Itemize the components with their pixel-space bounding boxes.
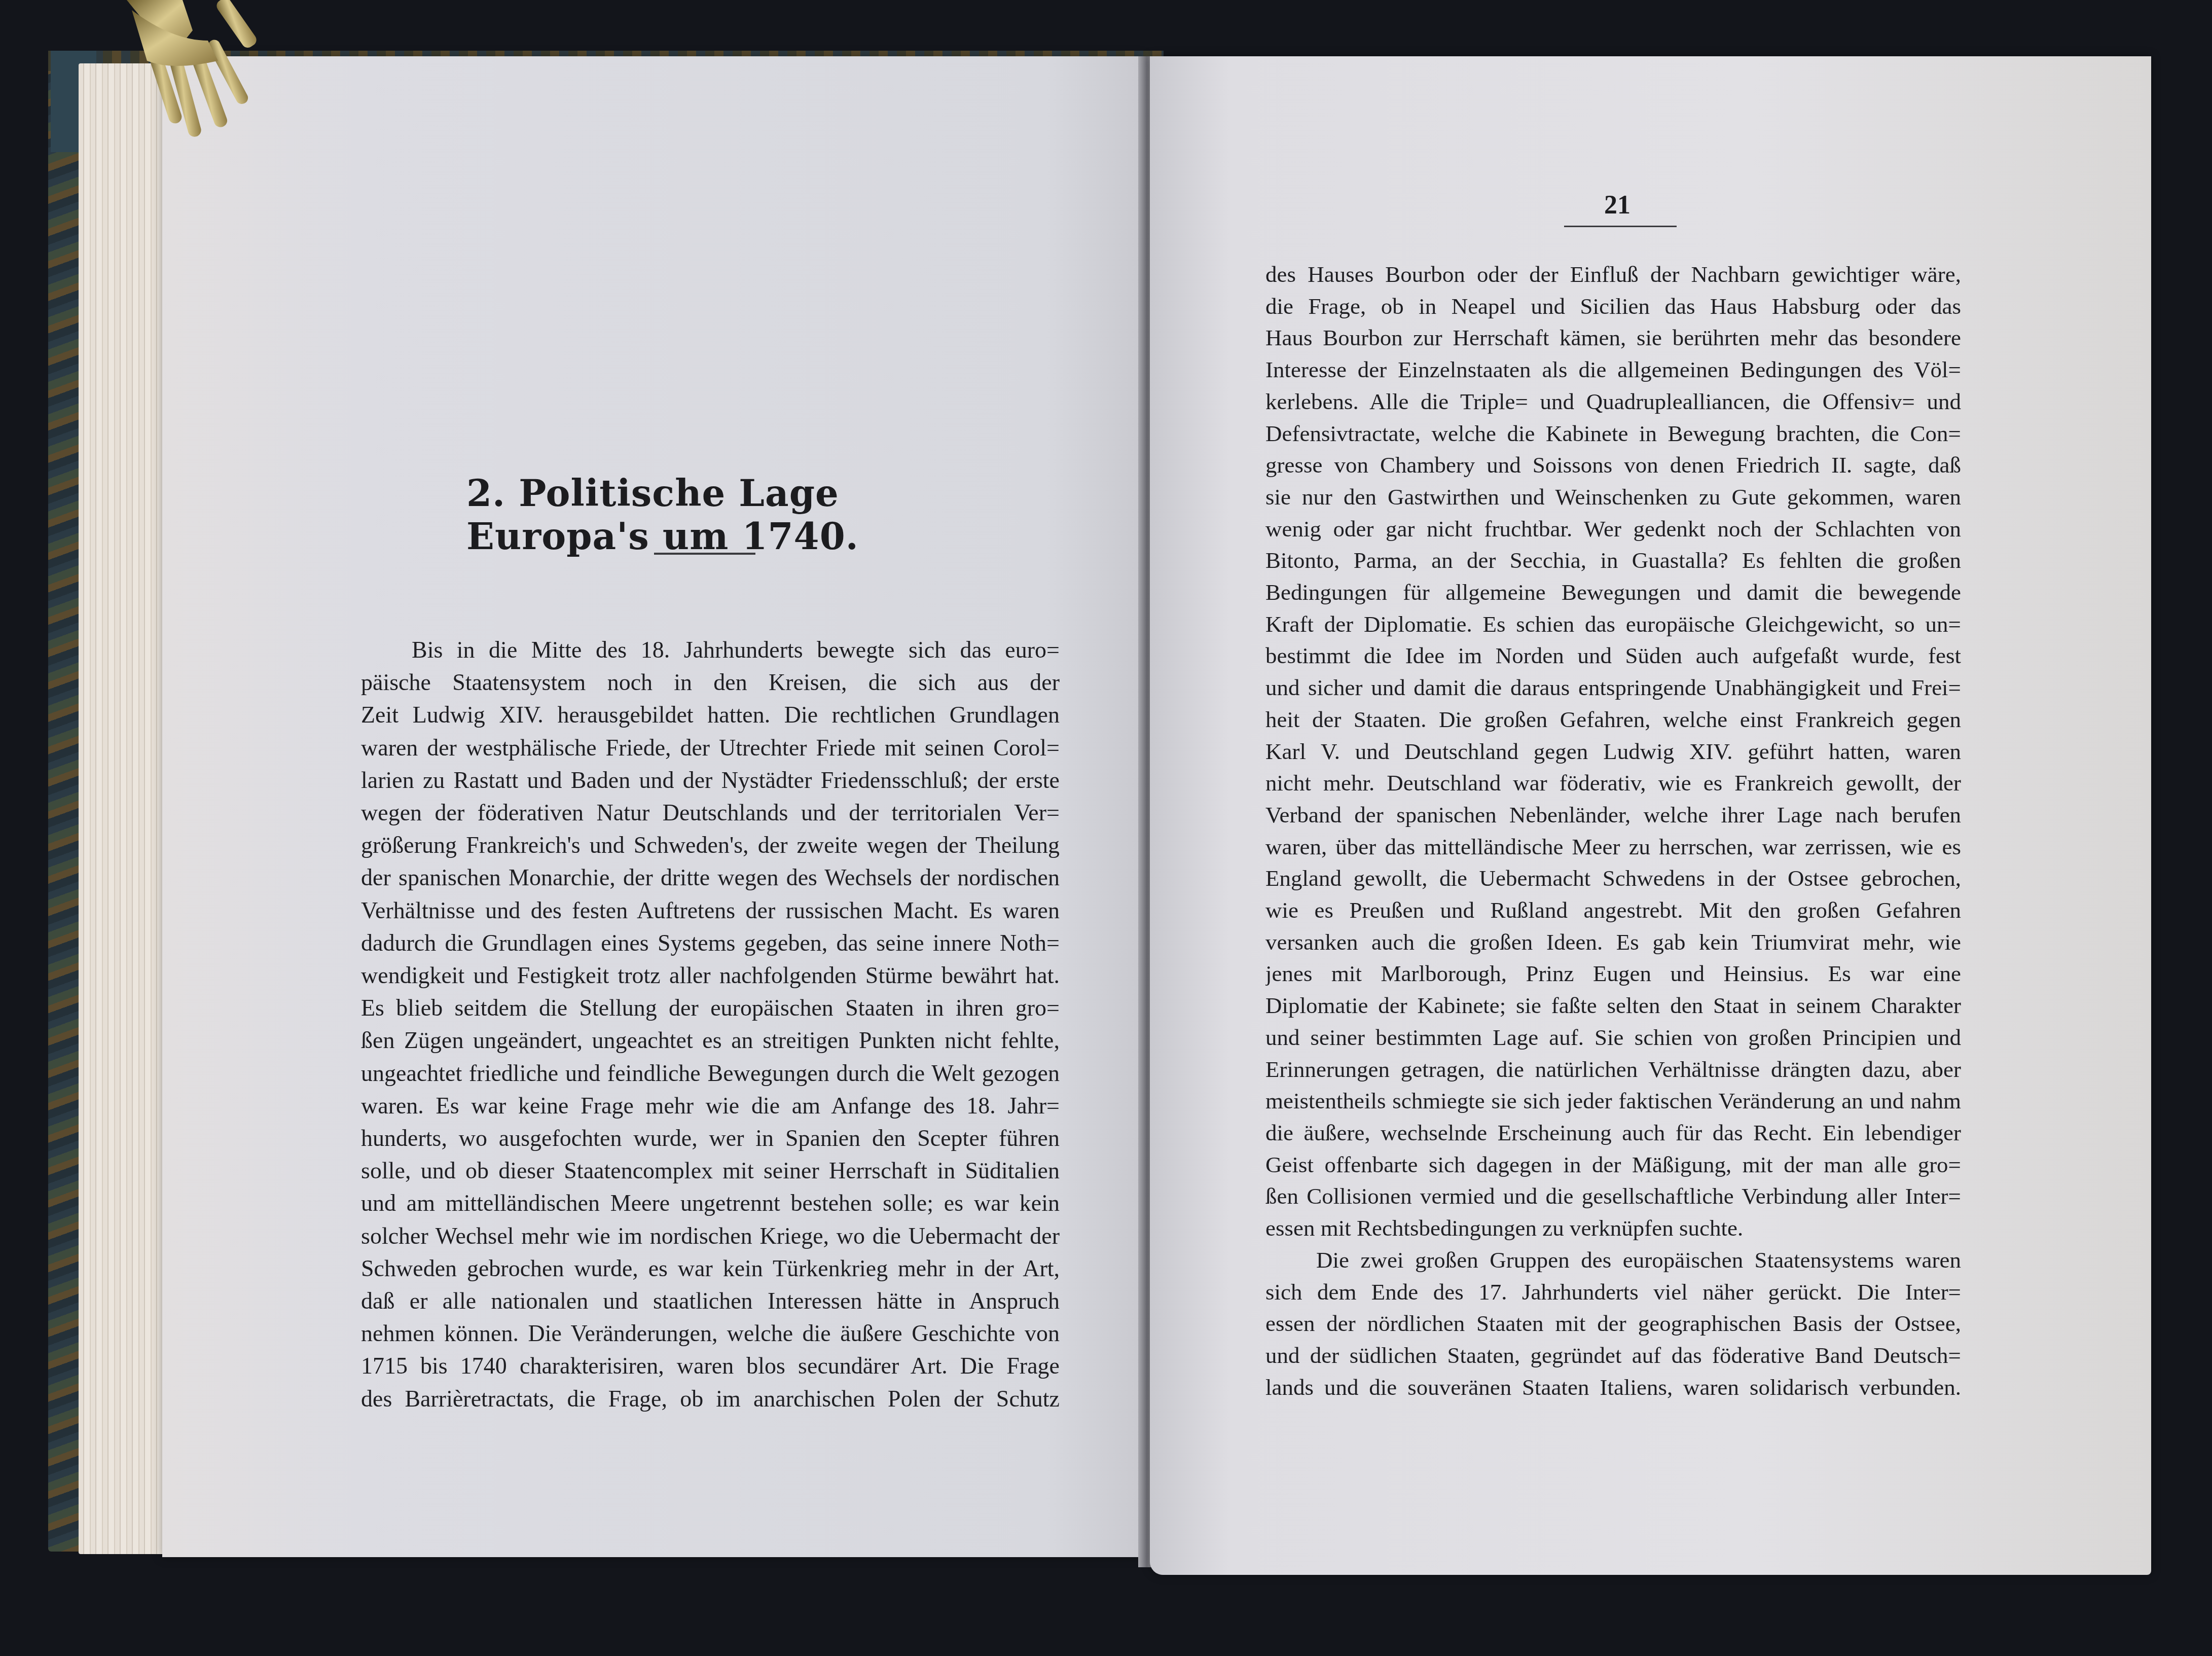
text-line: Diplomatie der Kabinete; sie faßte selte… <box>1265 990 1961 1022</box>
text-line: solcher Wechsel mehr wie im nordischen K… <box>361 1220 1060 1252</box>
text-line: essen mit Rechtsbedingungen zu verknüpfe… <box>1265 1212 1961 1244</box>
text-line: 1715 bis 1740 charakterisiren, waren blo… <box>361 1350 1060 1382</box>
text-line: der spanischen Monarchie, der dritte weg… <box>361 861 1060 894</box>
page-number: 21 <box>1592 190 1643 220</box>
page-stack-edges <box>79 63 167 1554</box>
text-line: Schweden gebrochen wurde, es war kein Tü… <box>361 1252 1060 1285</box>
text-line: Bis in die Mitte des 18. Jahrhunderts be… <box>361 634 1060 666</box>
text-line: wenig oder gar nicht fruchtbar. Wer gede… <box>1265 513 1961 545</box>
text-line: die Frage, ob in Neapel und Sicilien das… <box>1265 291 1961 322</box>
text-line: lands und die souveränen Staaten Italien… <box>1265 1372 1961 1403</box>
text-line: Erinnerungen getragen, die natürlichen V… <box>1265 1054 1961 1086</box>
brass-hand-bookmark-icon <box>96 0 289 172</box>
text-line: Es blieb seitdem die Stellung der europä… <box>361 992 1060 1024</box>
text-line: Die zwei großen Gruppen des europäischen… <box>1265 1244 1961 1276</box>
text-line: gresse von Chambery und Soissons von den… <box>1265 449 1961 481</box>
text-line: waren, über das mittelländische Meer zu … <box>1265 831 1961 863</box>
text-line: wie es Preußen und Rußland angestrebt. M… <box>1265 894 1961 926</box>
text-line: sie nur den Gastwirthen und Weinschenken… <box>1265 481 1961 513</box>
text-line: wegen der föderativen Natur Deutschlands… <box>361 797 1060 829</box>
text-line: ßen Zügen ungeändert, ungeachtet es an s… <box>361 1024 1060 1057</box>
text-line: Zeit Ludwig XIV. herausgebildet hatten. … <box>361 699 1060 731</box>
text-line: Haus Bourbon zur Herrschaft kämen, sie b… <box>1265 322 1961 354</box>
text-line: sich dem Ende des 17. Jahrhunderts viel … <box>1265 1276 1961 1308</box>
text-line: waren. Es war keine Frage mehr wie die a… <box>361 1090 1060 1122</box>
text-line: jenes mit Marlborough, Prinz Eugen und H… <box>1265 958 1961 990</box>
text-line: nicht mehr. Deutschland war föderativ, w… <box>1265 767 1961 799</box>
text-line: und am mittelländischen Meere ungetrennt… <box>361 1187 1060 1219</box>
text-line: Geist offenbarte sich dagegen in der Mäß… <box>1265 1149 1961 1181</box>
text-line: bestimmt die Idee im Norden und Süden au… <box>1265 640 1961 672</box>
text-line: Interesse der Einzelnstaaten als die all… <box>1265 354 1961 386</box>
text-line: heit der Staaten. Die großen Gefahren, w… <box>1265 704 1961 736</box>
text-line: des Barrièretractats, die Frage, ob im a… <box>361 1383 1060 1415</box>
text-line: des Hauses Bourbon oder der Einfluß der … <box>1265 259 1961 291</box>
text-line: kerlebens. Alle die Triple= und Quadrupl… <box>1265 386 1961 418</box>
left-page-body: Bis in die Mitte des 18. Jahrhunderts be… <box>361 634 1060 1415</box>
text-line: meistentheils schmiegte sie sich jeder f… <box>1265 1085 1961 1117</box>
text-line: Verband der spanischen Nebenländer, welc… <box>1265 799 1961 831</box>
text-line: ßen Collisionen vermied und die gesellsc… <box>1265 1180 1961 1212</box>
text-line: waren der westphälische Friede, der Utre… <box>361 732 1060 764</box>
text-line: Defensivtractate, welche die Kabinete in… <box>1265 418 1961 450</box>
text-line: Verhältnisse und des festen Auftretens d… <box>361 894 1060 927</box>
text-line: Bedingungen für allgemeine Bewegungen un… <box>1265 577 1961 608</box>
text-line: und der südlichen Staaten, gegründet auf… <box>1265 1340 1961 1372</box>
text-line: Karl V. und Deutschland gegen Ludwig XIV… <box>1265 736 1961 768</box>
text-line: dadurch die Grundlagen eines Systems geg… <box>361 927 1060 959</box>
text-line: und seiner bestimmten Lage auf. Sie schi… <box>1265 1022 1961 1054</box>
text-line: daß er alle nationalen und staatlichen I… <box>361 1285 1060 1317</box>
text-line: nehmen können. Die Veränderungen, welche… <box>361 1317 1060 1350</box>
text-line: larien zu Rastatt und Baden und der Nyst… <box>361 764 1060 797</box>
text-line: essen der nördlichen Staaten mit der geo… <box>1265 1308 1961 1340</box>
text-line: wendigkeit und Festigkeit trotz aller na… <box>361 959 1060 992</box>
text-line: England gewollt, die Uebermacht Schweden… <box>1265 862 1961 894</box>
text-line: Kraft der Diplomatie. Es schien das euro… <box>1265 608 1961 640</box>
text-line: größerung Frankreich's und Schweden's, d… <box>361 829 1060 861</box>
text-line: solle, und ob dieser Staatencomplex mit … <box>361 1155 1060 1187</box>
text-line: päische Staatensystem noch in den Kreise… <box>361 666 1060 699</box>
text-line: und sicher und damit die daraus entsprin… <box>1265 672 1961 704</box>
text-line: versanken auch die großen Ideen. Es gab … <box>1265 926 1961 958</box>
text-line: Bitonto, Parma, an der Secchia, in Guast… <box>1265 545 1961 577</box>
page-number-rule <box>1564 226 1677 227</box>
title-rule <box>654 553 755 555</box>
chapter-title: 2. Politische Lage Europa's um 1740. <box>466 472 973 558</box>
text-line: hunderts, wo ausgefochten wurde, wer in … <box>361 1122 1060 1155</box>
text-line: ungeachtet friedliche und feindliche Bew… <box>361 1057 1060 1090</box>
right-page-body: des Hauses Bourbon oder der Einfluß der … <box>1265 259 1961 1403</box>
text-line: die äußere, wechselnde Erscheinung auch … <box>1265 1117 1961 1149</box>
